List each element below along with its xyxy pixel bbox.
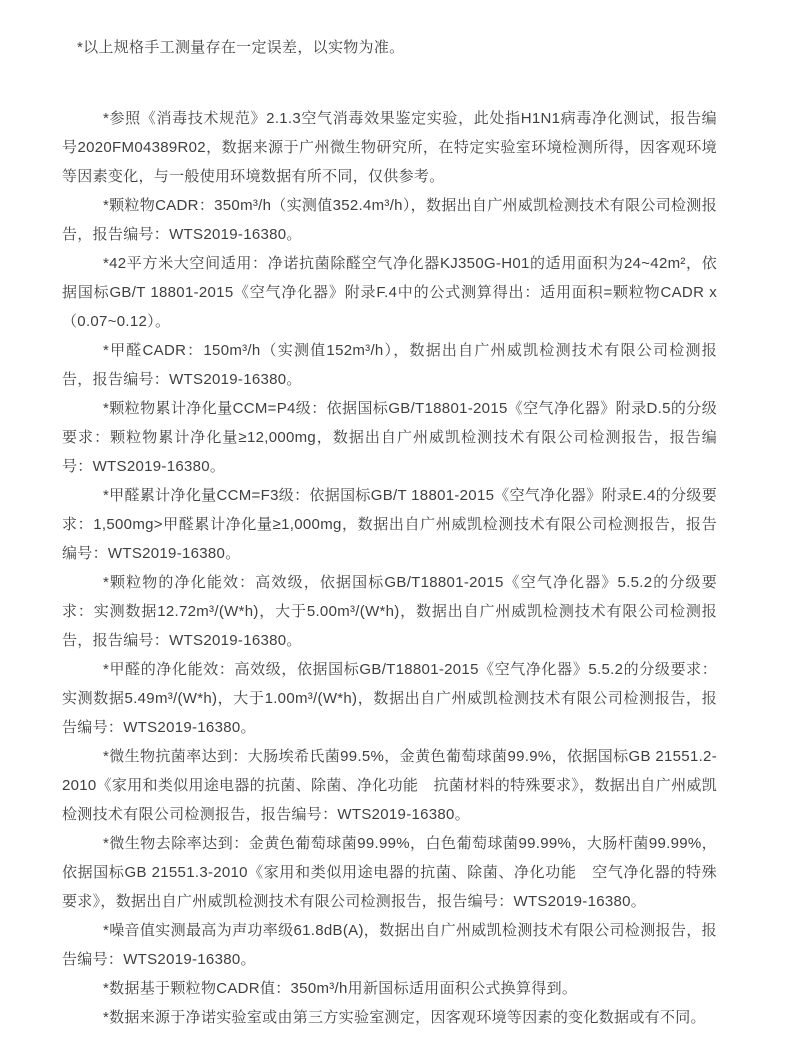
footnote-particulate-energy-efficiency: *颗粒物的净化能效：高效级，依据国标GB/T18801-2015《空气净化器》5… [62, 568, 717, 655]
footnote-formaldehyde-ccm: *甲醛累计净化量CCM=F3级：依据国标GB/T 18801-2015《空气净化… [62, 481, 717, 568]
footnote-cadr-area-conversion: *数据基于颗粒物CADR值：350m³/h用新国标适用面积公式换算得到。 [62, 974, 717, 1003]
footnote-applicable-area: *42平方米大空间适用：净诺抗菌除醛空气净化器KJ350G-H01的适用面积为2… [62, 249, 717, 336]
footnote-microbial-removal-rate: *微生物去除率达到：金黄色葡萄球菌99.99%，白色葡萄球菌99.99%，大肠杆… [62, 829, 717, 916]
footnote-particulate-cadr: *颗粒物CADR：350m³/h（实测值352.4m³/h），数据出自广州威凯检… [62, 191, 717, 249]
footnotes-block: *参照《消毒技术规范》2.1.3空气消毒效果鉴定实验，此处指H1N1病毒净化测试… [62, 104, 717, 1032]
product-disclaimer-page: *以上规格手工测量存在一定误差，以实物为准。 *参照《消毒技术规范》2.1.3空… [0, 0, 790, 1049]
footnote-h1n1-purification-test: *参照《消毒技术规范》2.1.3空气消毒效果鉴定实验，此处指H1N1病毒净化测试… [62, 104, 717, 191]
footnote-formaldehyde-cadr: *甲醛CADR：150m³/h（实测值152m³/h），数据出自广州威凯检测技术… [62, 336, 717, 394]
footnote-antibacterial-rate: *微生物抗菌率达到：大肠埃希氏菌99.5%，金黄色葡萄球菌99.9%，依据国标G… [62, 742, 717, 829]
footnote-data-source: *数据来源于净诺实验室或由第三方实验室测定，因客观环境等因素的变化数据或有不同。 [62, 1003, 717, 1032]
footnote-formaldehyde-energy-efficiency: *甲醛的净化能效：高效级，依据国标GB/T18801-2015《空气净化器》5.… [62, 655, 717, 742]
spec-measurement-note: *以上规格手工测量存在一定误差，以实物为准。 [62, 33, 717, 62]
footnote-particulate-ccm: *颗粒物累计净化量CCM=P4级：依据国标GB/T18801-2015《空气净化… [62, 394, 717, 481]
footnote-noise-level: *噪音值实测最高为声功率级61.8dB(A)，数据出自广州威凯检测技术有限公司检… [62, 916, 717, 974]
